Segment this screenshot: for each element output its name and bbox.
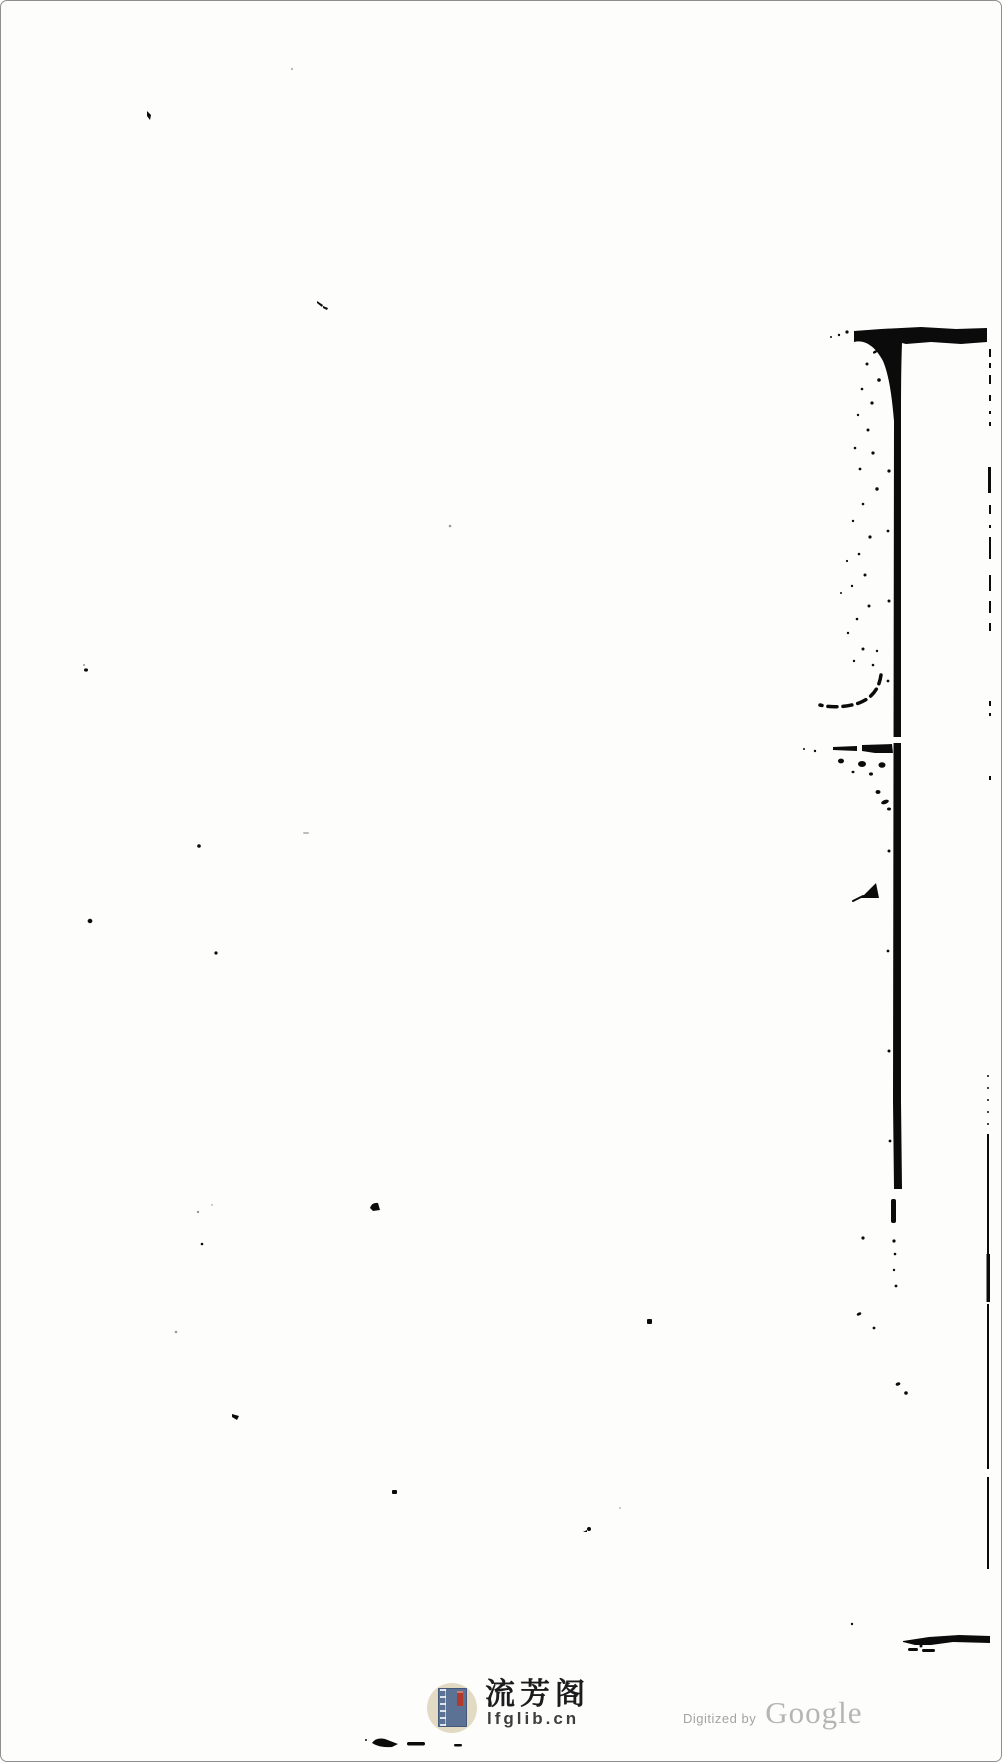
frame-right-dashed-rule-lower (987, 1075, 991, 1569)
google-wordmark: Google (765, 1695, 862, 1731)
library-logo-badge (427, 1683, 477, 1733)
ink-blot-cluster (838, 759, 891, 811)
frame-right-dashed-rule-upper (988, 349, 991, 780)
ink-bottom-left-smudges (365, 1739, 462, 1748)
book-binding-stitches (440, 1689, 446, 1726)
frame-bottom-bar (851, 1623, 990, 1652)
library-url: lfglib.cn (487, 1709, 579, 1729)
scanned-page: 流芳阁 lfglib.cn Digitized by Google (0, 0, 1002, 1762)
ink-arrow-mark (853, 883, 879, 901)
digitized-by-label: Digitized by (683, 1711, 756, 1726)
ink-hook-curve (820, 675, 881, 707)
book-title-label (457, 1691, 463, 1706)
scattered-ink-specks (83, 68, 652, 1532)
stitched-book-icon (438, 1688, 467, 1727)
ink-marks-layer (1, 1, 1002, 1762)
digitizer-credit: Digitized by Google (683, 1695, 862, 1731)
library-name: 流芳阁 (485, 1678, 590, 1712)
frame-junction-rule (803, 744, 893, 753)
frame-top-bar-and-vertical-rule (830, 327, 987, 1395)
